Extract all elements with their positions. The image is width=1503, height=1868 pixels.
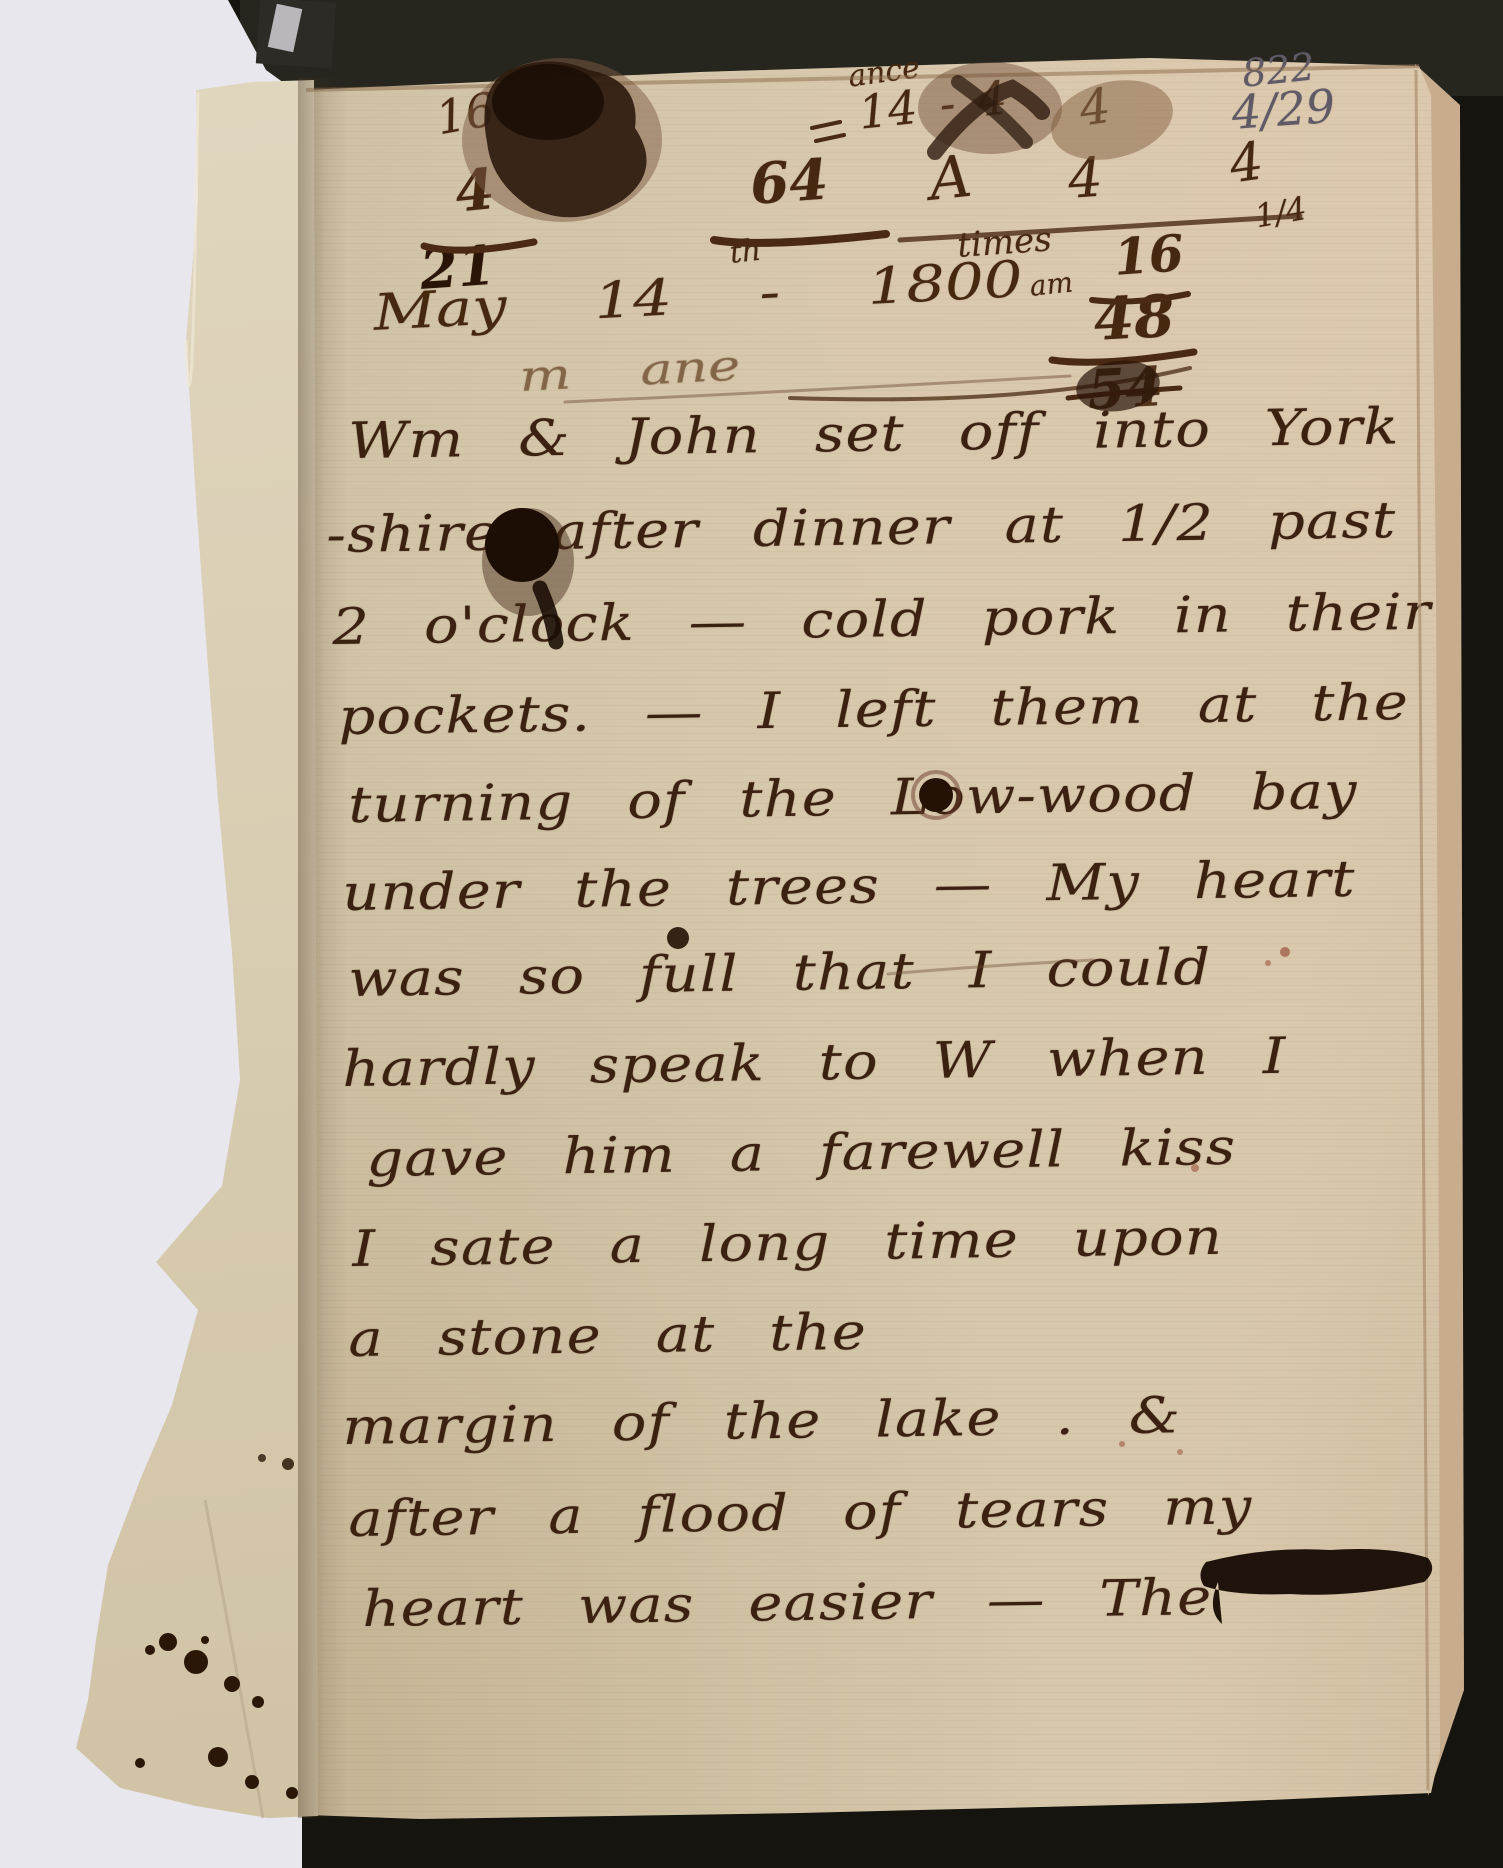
ink-smudge-top-right xyxy=(918,62,1062,154)
red-speck xyxy=(1280,947,1290,957)
red-speck xyxy=(1177,1449,1183,1455)
ink-blots xyxy=(482,355,1163,949)
stub-ink-specks xyxy=(135,1454,298,1799)
ink-speck xyxy=(184,1650,208,1674)
ink-speck xyxy=(201,1636,209,1644)
page-top-edge xyxy=(306,66,1419,90)
ink-blackout xyxy=(1200,1549,1432,1624)
red-speck xyxy=(1265,960,1271,966)
ink-speck xyxy=(252,1696,264,1708)
ink-marks-overlay xyxy=(0,0,1503,1868)
page-right-edge xyxy=(1416,70,1428,1790)
ink-speck xyxy=(224,1676,240,1692)
ink-stain-core xyxy=(492,64,604,140)
strike-that xyxy=(888,960,1093,974)
ink-speck xyxy=(145,1645,155,1655)
stub-edge-highlight xyxy=(186,92,198,385)
manuscript-photo: 822 4/29 16 ance 14 - 4 4 4 64 A 4 4 1/4… xyxy=(0,0,1503,1868)
ink-speck xyxy=(208,1747,228,1767)
ink-speck xyxy=(245,1775,259,1789)
equals-mark xyxy=(812,122,844,141)
stub-crease xyxy=(205,1500,263,1818)
underline-4 xyxy=(424,242,534,250)
red-speck xyxy=(1119,1441,1125,1447)
ink-speck xyxy=(159,1633,177,1651)
underline-64 xyxy=(714,234,886,243)
ink-speck xyxy=(286,1787,298,1799)
ink-speck xyxy=(258,1454,266,1462)
red-speck xyxy=(1191,1164,1199,1172)
red-specks xyxy=(1119,947,1290,1455)
blot-dot xyxy=(667,927,689,949)
underline-16 xyxy=(1092,294,1188,302)
ink-speck xyxy=(135,1758,145,1768)
ink-stain-top xyxy=(462,58,662,222)
blot-shire xyxy=(485,508,559,582)
blot-small xyxy=(919,778,953,812)
underline-A-row xyxy=(900,216,1300,240)
ink-speck xyxy=(282,1458,294,1470)
ink-smear-right xyxy=(1043,68,1182,172)
